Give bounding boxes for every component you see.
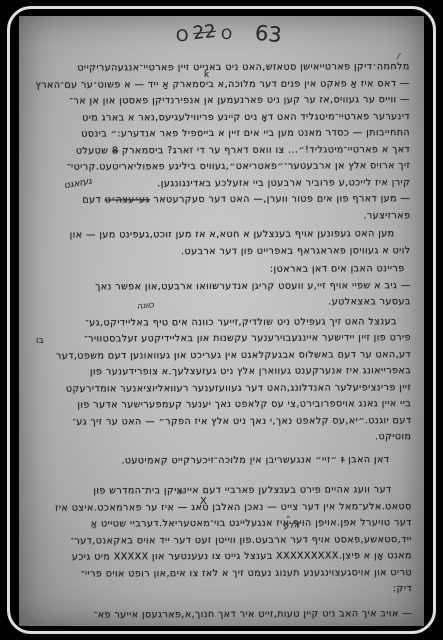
text-segment: דעם יוגנט.״יא,עס קלאפט נאך,י נאך ניט אלץ… [72,415,411,427]
text-line: דע,האט ער דעם באשלוס אבגעקלאגט אין געריכ… [30,347,411,365]
handwritten-insert-caret-top-right: ⁄ [398,52,399,61]
text-segment: באפרייאונג איז אנערקענט געווארן אלץ ניט … [90,365,411,377]
text-segment: — מען דארף פון אים פטור ווערן,— האט דער … [150,193,411,205]
handwritten-circle-mark-right: O [221,27,233,43]
text-segment: פארזיצער. [363,210,410,221]
text-segment: דאך א פארטיי־מיטגליד!״... צו וואס דארף ע… [118,144,410,156]
text-line: בענצל האט זיך געפילט ניט שולדיק,זייער כו… [30,314,411,332]
text-line: סטאט.אלע־מאל אין דער צייט — נאכן האלבן ט… [31,499,412,517]
text-segment: — דאס איז אַ פאקט אין פנים דער מלוכה,א ב… [36,78,410,91]
text-line: — ווייס ער געוויס,אז ער קען ניט פארנעמען… [29,92,410,110]
text-line: דינערער פארטיי־מיטגליד האט דאָ ניט קיינע… [29,109,410,127]
handwritten-struck-number-22: 22 [192,21,217,44]
text-segment: שטעלט [76,145,112,156]
handwritten-cursive-correction-kavone: כוונה [137,300,155,310]
text-segment: קירן איז לייכט,ע פרוביר ארבעטן ביי אזעלכ… [157,177,410,189]
text-line: ביי איין גאנג אויספרובירט,צי עס קלאפט נא… [30,396,411,414]
text-line: טריט און אויסגעצוינגענע תענוג נעמט זיך א… [31,565,412,583]
text-line: מען האט געפונען אויף בענצלען א חטא,א אז … [30,226,411,244]
text-line: זיין פרינציפיעלער האנדלונג,האט דער געווע… [30,380,411,398]
text-segment: דינערער פארטיי־מיטגליד האט דאָ ניט קיינע… [82,111,410,123]
text-line: דעם יוגנט.״יא,עס קלאפט נאך,י נאך ניט אלץ… [30,413,411,431]
scanned-page: מלחמה׳דיקן פארטייאישן סטאזש,האט ניט באני… [19,16,424,626]
text-segment: — ווייס ער געוויס,אז ער קען ניט פארנעמען… [70,94,410,106]
text-segment: — גיב א שפיי אויף זיי,ע וועסט קריגן אנדע… [95,280,411,292]
text-segment: מלחמה׳דיקן פארטייאישן סטאזש,האט ניט באני… [77,61,409,73]
text-line: מאנט אָן א פיצן.XXXXXXXXX בענצל גייט צו … [31,548,412,566]
text-segment: מוטיקט. [375,431,411,442]
handwritten-circle-mark-left: O [176,26,190,46]
text-line: פארזיצער. [29,208,410,226]
text-segment: — אויב איך האב ניט קיין טעות,זייט איר דא… [94,608,412,620]
text-line: דאך א פארטיי־מיטגליד!״... צו וואס דארף ע… [29,142,410,160]
text-segment: טריט און אויסגעצוינגענע תענוג נעמט זיך א… [81,567,412,579]
struck-text: גע׳עצה׳ט [105,194,150,205]
text-line: פריינט האבן אים דאן באראטן: [30,261,411,279]
text-line: — מען דארף פון אים פטור ווערן,— האט דער … [29,191,410,209]
text-segment: לויט א געוויסן פאראגראף באפרייט פון דער … [181,245,411,257]
handwritten-insert-mark-k: k [204,70,209,80]
text-segment: דעם [82,195,104,206]
text-segment: מאנט אָן א פיצן.XXXXXXXXX בענצל גייט צו … [72,550,412,562]
text-line: דיק: [31,581,412,599]
text-segment: ״זיי״ אנגעשריבן אין מלוכה־זיכערקייט קאמי… [121,454,341,466]
text-segment: בעסער באצאלטע. [328,296,411,307]
text-segment: ביי איין גאנג אויספרובירט,צי עס קלאפט נא… [77,398,411,410]
text-line: מוטיקט. [30,429,411,447]
text-line: — אויב איך האב ניט קיין טעות,זייט איר דא… [31,606,412,624]
text-segment: סטאט.אלע־מאל אין דער צייט — נאכן האלבן ט… [55,501,412,514]
text-segment: דיק: [393,583,412,594]
text-segment: בענצל האט זיך געפילט ניט שולדיק,זייער כו… [85,316,397,328]
text-line: פירט פון זיין יידישער איינגעבוירענער עקש… [30,330,411,348]
handwritten-x-over-word: X [200,496,207,507]
text-line: באפרייאונג איז אנערקענט געווארן אלץ ניט … [30,363,411,381]
text-segment: התחייבותן — כסדר מאנט מען ביי אים זיין א… [81,127,410,139]
text-line: דער וועג אהיים פירט בענצלען פארביי דעם א… [31,482,412,500]
text-segment: דער טויערל אפן.אויפן הויף איז אנגעלייגט … [91,517,412,529]
text-line: דער טויערל אפן.אויפן הויף איז אנגעלייגט … [31,515,412,533]
text-segment: מען האט געפונען אויף בענצלען א חטא,א אז … [70,228,395,240]
text-line: דאן האבן ז ״זיי״ אנגעשריבן אין מלוכה־זיכ… [30,452,411,470]
handwritten-double-line-mark: = [176,487,184,498]
text-line: ייד,סטאשע,פאסט אויף דער ארבעט.פון ווייטן… [31,532,412,550]
text-segment: פריינט האבן אים דאן באראטן: [270,263,405,275]
text-segment: דע,האט ער דעם באשלוס אבגעקלאגט אין געריכ… [56,349,411,362]
text-segment: ייד,סטאשע,פאסט אויף דער ארבעט.פון ווייטן… [71,534,412,546]
text-segment: זיין פרינציפיעלער האנדלונג,האט דער געווע… [66,382,411,395]
text-line: בעסער באצאלטע. [30,294,411,312]
text-line: מלחמה׳דיקן פארטייאישן סטאזש,האט ניט באני… [29,59,410,77]
text-line: — גיב א שפיי אויף זיי,ע וועסט קריגן אנדע… [30,278,411,296]
handwritten-margin-mark-bu: בו [36,336,44,346]
text-segment: דער וועג אהיים פירט בענצלען פארביי דעם א… [93,484,391,496]
text-segment: פירט פון זיין יידישער איינגעבוירענער עקש… [84,332,411,344]
text-segment: דאן האבן [345,454,390,465]
text-line: התחייבותן — כסדר מאנט מען ביי אים זיין א… [29,125,410,143]
text-line: לויט א געוויסן פאראגראף באפרייט פון דער … [30,243,411,261]
typewritten-text-block: מלחמה׳דיקן פארטייאישן סטאזש,האט ניט באני… [29,59,412,624]
photo-of-document: { "document": { "kind": "scanned typewri… [0,0,443,640]
text-segment: זיך ארויס אלץ אן ארבעטער־״פאטריאט״,געווי… [67,160,410,172]
text-line: זיך ארויס אלץ אן ארבעטער־״פאטריאט״,געווי… [29,158,410,176]
text-line: — דאס איז אַ פאקט אין פנים דער מלוכה,א ב… [29,76,410,94]
handwritten-page-number-63: 63 [254,21,283,47]
